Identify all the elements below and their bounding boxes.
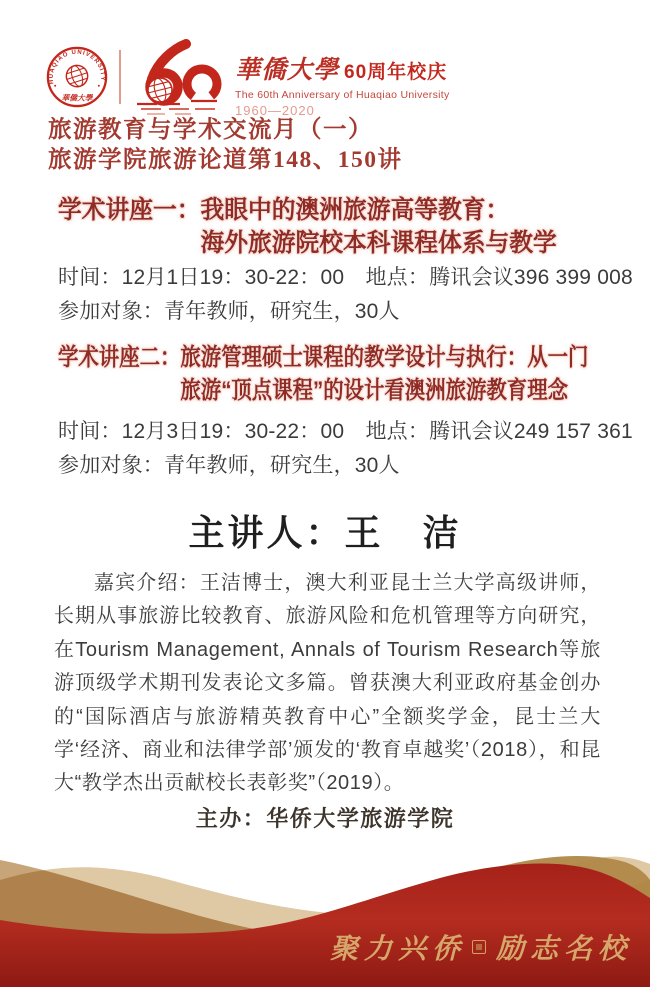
series-line2: 旅游学院旅游论道第148、150讲	[48, 145, 403, 175]
lecture1-title-line1: 我眼中的澳洲旅游高等教育：	[201, 194, 557, 227]
lecture2-title-line2: 旅游“顶点课程”的设计看澳洲旅游教育理念	[180, 374, 588, 407]
series-title: 旅游教育与学术交流月（一） 旅游学院旅游论道第148、150讲	[48, 115, 403, 175]
lecture2-details: 时间：12月3日19：30-22：00 地点：腾讯会议249 157 361 参…	[58, 415, 633, 483]
lecture1-title: 学术讲座一： 我眼中的澳洲旅游高等教育： 海外旅游院校本科课程体系与教学	[58, 194, 557, 260]
slogan-left: 聚力兴侨	[330, 927, 466, 967]
lecture1-title-line2: 海外旅游院校本科课程体系与教学	[201, 227, 557, 260]
seal-cn-text: 華僑大學	[61, 94, 93, 103]
lecture2-audience: 参加对象：青年教师，研究生，30人	[58, 449, 633, 483]
brand-cn-suffix: 60周年校庆	[344, 57, 447, 84]
seal-globe-icon	[64, 63, 91, 90]
speaker-title: 主讲人：王 洁	[0, 505, 650, 556]
poster-page: HUAQIAO UNIVERSITY 華僑大學	[0, 0, 650, 987]
logo-reflection-lines	[137, 101, 217, 104]
lecture2-title-line1: 旅游管理硕士课程的教学设计与执行：从一门	[180, 341, 588, 374]
lecture1-audience: 参加对象：青年教师，研究生，30人	[58, 295, 633, 329]
organizer-line: 主办：华侨大学旅游学院	[0, 802, 650, 833]
lecture1-details: 时间：12月1日19：30-22：00 地点：腾讯会议396 399 008 参…	[58, 261, 633, 329]
brand-cn-calligraphy: 華僑大學	[235, 50, 339, 86]
slogan-right: 励志名校	[496, 927, 632, 967]
brand-text-block: 華僑大學 60周年校庆 The 60th Anniversary of Huaq…	[235, 36, 450, 118]
lecture1-title-prefix: 学术讲座一：	[58, 194, 201, 260]
slogan-seal-icon	[472, 940, 486, 954]
series-line1: 旅游教育与学术交流月（一）	[48, 115, 403, 145]
speaker-bio: 嘉宾介绍：王洁博士，澳大利亚昆士兰大学高级讲师，长期从事旅游比较教育、旅游风险和…	[54, 567, 601, 801]
lecture2-time: 时间：12月3日19：30-22：00 地点：腾讯会议249 157 361	[58, 415, 633, 449]
footer-waves: 聚力兴侨 励志名校	[0, 840, 650, 987]
header: HUAQIAO UNIVERSITY 華僑大學	[46, 36, 450, 118]
footer-slogan: 聚力兴侨 励志名校	[330, 927, 632, 967]
lecture2-title-prefix: 学术讲座二：	[58, 341, 180, 407]
anniversary-60-logo-icon	[131, 39, 223, 117]
lecture1-time: 时间：12月1日19：30-22：00 地点：腾讯会议396 399 008	[58, 261, 633, 295]
lecture2-title: 学术讲座二： 旅游管理硕士课程的教学设计与执行：从一门 旅游“顶点课程”的设计看…	[58, 341, 588, 407]
university-seal-icon: HUAQIAO UNIVERSITY 華僑大學	[46, 46, 108, 108]
header-divider	[119, 50, 121, 104]
brand-en-line: The 60th Anniversary of Huaqiao Universi…	[235, 89, 450, 101]
